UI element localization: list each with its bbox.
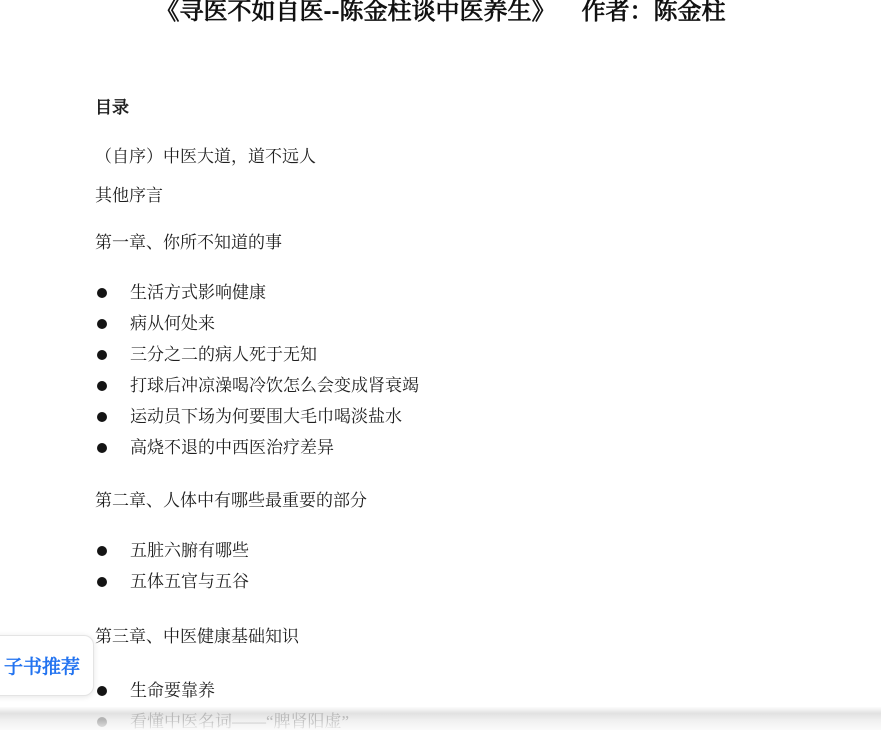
toc-item-label: 高烧不退的中西医治疗差异 xyxy=(130,437,334,459)
bullet-icon xyxy=(97,381,107,391)
bullet-icon xyxy=(97,350,107,360)
toc-item-label: 打球后冲凉澡喝冷饮怎么会变成肾衰竭 xyxy=(130,375,419,397)
toc-preface-line: （自序）中医大道，道不远人 xyxy=(95,146,841,168)
bullet-icon xyxy=(97,412,107,422)
ebook-recommend-label: 子书推荐 xyxy=(4,652,80,679)
bullet-icon xyxy=(97,546,107,556)
toc-item: 五脏六腑有哪些 xyxy=(95,540,841,562)
toc-item-label: 生活方式影响健康 xyxy=(130,282,266,304)
toc-item: 生命要靠养 xyxy=(95,680,841,702)
toc-item-label: 病从何处来 xyxy=(130,313,215,335)
toc-item-label: 看懂中医名词——“脾肾阳虚” xyxy=(130,711,349,730)
toc-item: 高烧不退的中西医治疗差异 xyxy=(95,437,841,459)
toc-column: 目录 （自序）中医大道，道不远人 其他序言 第一章、你所不知道的事 生活方式影响… xyxy=(95,0,841,730)
toc-item: 看懂中医名词——“脾肾阳虚” xyxy=(95,711,841,730)
ebook-recommend-badge[interactable]: 子书推荐 xyxy=(0,635,94,696)
toc-item-label: 运动员下场为何要围大毛巾喝淡盐水 xyxy=(130,406,402,428)
bullet-icon xyxy=(97,577,107,587)
toc-item: 运动员下场为何要围大毛巾喝淡盐水 xyxy=(95,406,841,428)
bullet-icon xyxy=(97,443,107,453)
toc-chapter-title: 第三章、中医健康基础知识 xyxy=(95,626,841,648)
bullet-icon xyxy=(97,288,107,298)
toc-preface-line: 其他序言 xyxy=(95,185,841,207)
toc-item-label: 三分之二的病人死于无知 xyxy=(130,344,317,366)
bullet-icon xyxy=(97,717,107,727)
toc-chapter-title: 第二章、人体中有哪些最重要的部分 xyxy=(95,490,841,512)
toc-item: 病从何处来 xyxy=(95,313,841,335)
toc-item: 生活方式影响健康 xyxy=(95,282,841,304)
bullet-icon xyxy=(97,686,107,696)
toc-item: 三分之二的病人死于无知 xyxy=(95,344,841,366)
toc-item-label: 生命要靠养 xyxy=(130,680,215,702)
toc-item-label: 五体五官与五谷 xyxy=(130,571,249,593)
toc-item: 打球后冲凉澡喝冷饮怎么会变成肾衰竭 xyxy=(95,375,841,397)
toc-heading: 目录 xyxy=(95,97,841,119)
toc-chapter-title: 第一章、你所不知道的事 xyxy=(95,232,841,254)
bullet-icon xyxy=(97,319,107,329)
toc-item-label: 五脏六腑有哪些 xyxy=(130,540,249,562)
toc-item: 五体五官与五谷 xyxy=(95,571,841,593)
